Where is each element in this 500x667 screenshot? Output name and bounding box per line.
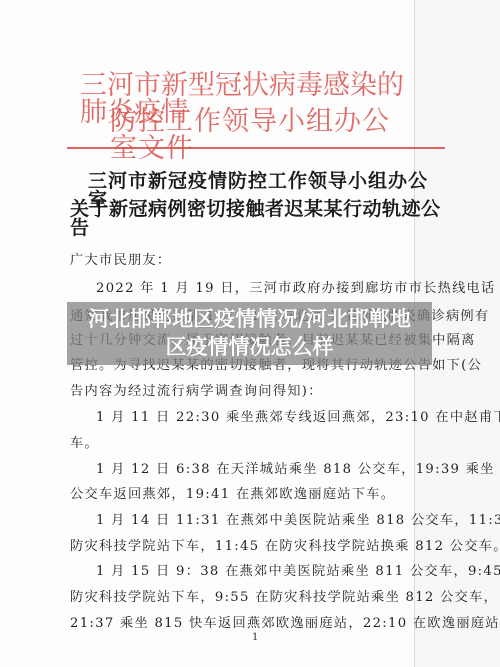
body-line: 1 月 12 日 6:38 在天洋城站乘坐 818 公交车，19:39 乘坐 8…	[96, 463, 466, 476]
page-number: 1	[252, 632, 258, 643]
overlay-title-line-2: 区疫情情况怎么样	[67, 333, 432, 361]
body-line: 2022 年 1 月 19 日，三河市政府办接到廊坊市市长热线电话	[96, 282, 466, 295]
red-divider-rule	[67, 147, 445, 149]
body-line: 防灾科技学院站下车，9:55 在防灾科技学院站乘坐 812 公交车，	[70, 591, 440, 604]
body-line: 1 月 11 日 22:30 乘坐燕郊专线返回燕郊，23:10 在中赵甫下	[96, 411, 466, 424]
body-line: 防灾科技学院站下车，11:45 在防灾科技学院站换乘 812 公交车。	[70, 540, 440, 553]
overlay-title: 河北邯郸地区疫情情况/河北邯郸地 区疫情情况怎么样	[67, 305, 432, 361]
notice-title-line-2: 关于新冠病例密切接触者迟某某行动轨迹公告	[70, 200, 450, 238]
overlay-title-line-1: 河北邯郸地区疫情情况/河北邯郸地	[67, 305, 432, 333]
body-line: 1 月 14 日 11:31 在燕郊中美医院站乘坐 818 公交车，11:38	[96, 514, 466, 527]
body-line: 车。	[70, 437, 440, 450]
body-line: 21:37 乘坐 815 快车返回燕郊欧逸丽庭站，22:10 在欧逸丽庭站	[70, 617, 440, 630]
body-line: 1 月 15 日 9：38 在燕郊中美医院站乘坐 811 公交车，9:45	[96, 565, 466, 578]
body-line: 公交车返回燕郊，19:41 在燕郊欧逸丽庭站下车。	[70, 488, 440, 501]
salutation: 广大市民朋友：	[70, 254, 440, 267]
red-header-line-2: 防控工作领导小组办公室文件	[110, 108, 410, 162]
body-line: 告内容为经过流行病学调查询问得知)：	[70, 385, 440, 398]
